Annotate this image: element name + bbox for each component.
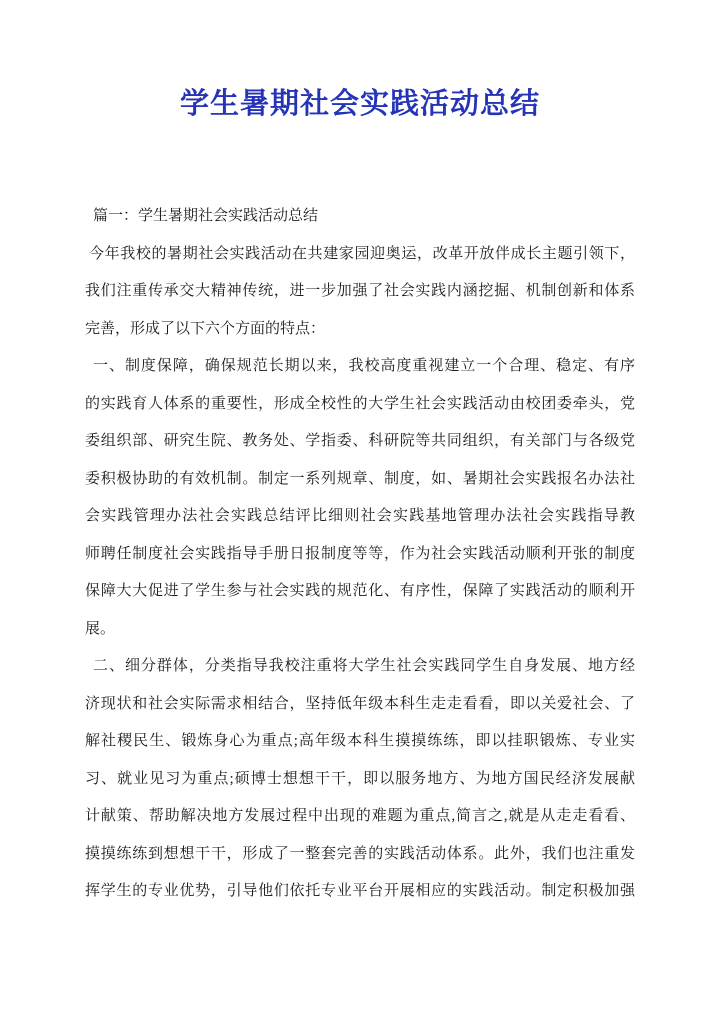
text-line: 我们注重传承交大精神传统，进一步加强了社会实践内涵挖掘、机制创新和体系	[85, 273, 635, 311]
text-line: 篇一：学生暑期社会实践活动总结	[85, 198, 635, 236]
document-body: 篇一：学生暑期社会实践活动总结 今年我校的暑期社会实践活动在共建家园迎奥运，改革…	[85, 198, 635, 911]
text-line: 委积极协助的有效机制。制定一系列规章、制度，如、暑期社会实践报名办法社	[85, 461, 635, 499]
document-page: 学生暑期社会实践活动总结 篇一：学生暑期社会实践活动总结 今年我校的暑期社会实践…	[0, 0, 721, 1020]
text-line: 师聘任制度社会实践指导手册日报制度等等，作为社会实践活动顺利开张的制度	[85, 536, 635, 574]
text-line: 济现状和社会实际需求相结合，坚持低年级本科生走走看看，即以关爱社会、了	[85, 686, 635, 724]
text-line: 一、制度保障，确保规范长期以来，我校高度重视建立一个合理、稳定、有序	[85, 348, 635, 386]
text-line: 解社稷民生、锻炼身心为重点;高年级本科生摸摸练练，即以挂职锻炼、专业实	[85, 723, 635, 761]
text-line: 的实践育人体系的重要性，形成全校性的大学生社会实践活动由校团委牵头，党	[85, 386, 635, 424]
text-line: 会实践管理办法社会实践总结评比细则社会实践基地管理办法社会实践指导教	[85, 498, 635, 536]
text-line: 摸摸练练到想想干干，形成了一整套完善的实践活动体系。此外，我们也注重发	[85, 836, 635, 874]
text-line: 完善，形成了以下六个方面的特点：	[85, 311, 635, 349]
document-title: 学生暑期社会实践活动总结	[85, 84, 635, 124]
text-line: 挥学生的专业优势，引导他们依托专业平台开展相应的实践活动。制定积极加强	[85, 873, 635, 911]
text-line: 展。	[85, 611, 635, 649]
text-line: 委组织部、研究生院、教务处、学指委、科研院等共同组织，有关部门与各级党	[85, 423, 635, 461]
text-line: 今年我校的暑期社会实践活动在共建家园迎奥运，改革开放伴成长主题引领下，	[85, 236, 635, 274]
text-line: 习、就业见习为重点;硕博士想想干干，即以服务地方、为地方国民经济发展献	[85, 761, 635, 799]
text-line: 计献策、帮助解决地方发展过程中出现的难题为重点,简言之,就是从走走看看、	[85, 798, 635, 836]
text-line: 保障大大促进了学生参与社会实践的规范化、有序性，保障了实践活动的顺利开	[85, 573, 635, 611]
text-line: 二、细分群体，分类指导我校注重将大学生社会实践同学生自身发展、地方经	[85, 648, 635, 686]
